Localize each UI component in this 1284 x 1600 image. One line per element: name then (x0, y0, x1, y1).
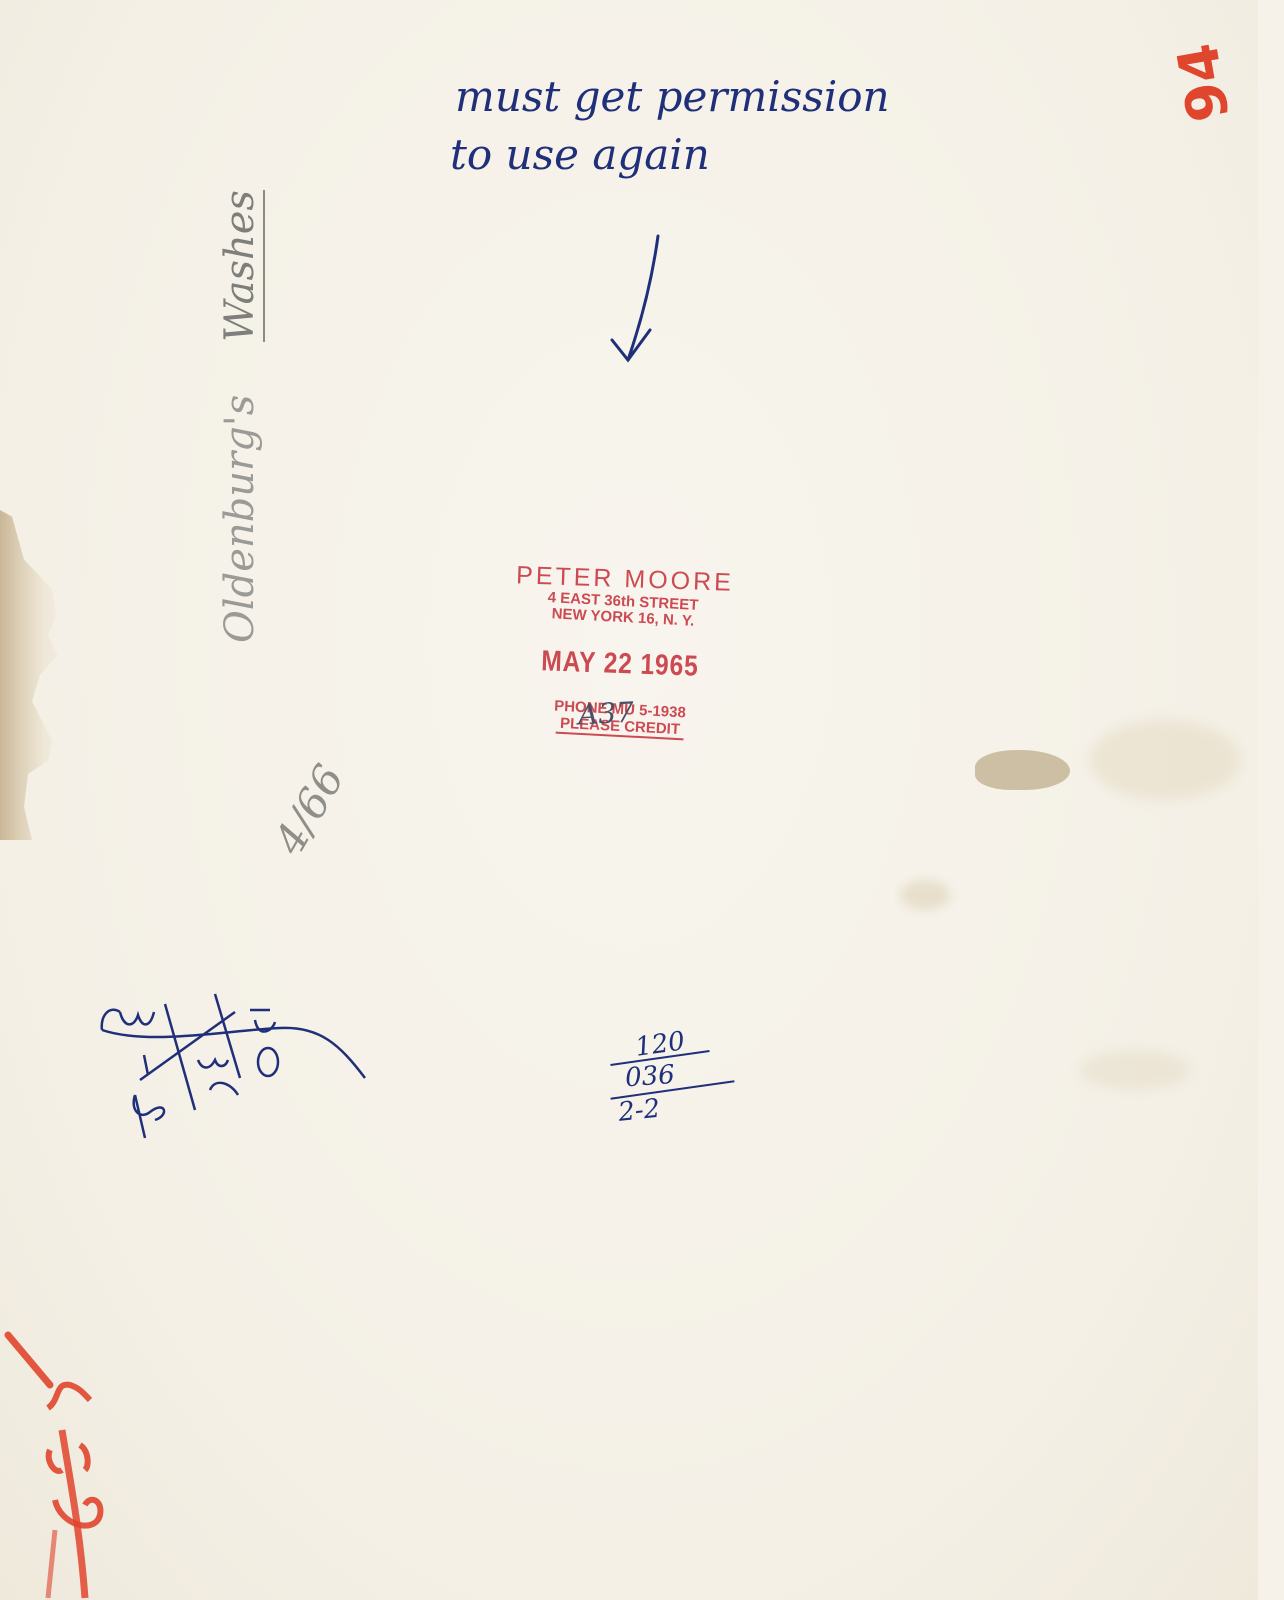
handwritten-calculation: 120 036 2-2 (610, 1025, 750, 1121)
permission-note-line1: must get permission (455, 68, 890, 126)
red-mark-text: $ (0, 1300, 1, 1301)
stamp-handwritten-number: A37 (577, 696, 635, 732)
pencil-title-part2: Washes (217, 190, 265, 342)
stain-faint-lower-right (1080, 1050, 1190, 1090)
stain-faint-right (1090, 720, 1240, 800)
stain-faint-middle (900, 880, 950, 910)
blue-scribble-text: cw / 1 / 40 / 30 / 0 (90, 960, 98, 961)
permission-note: must get permission to use again (455, 68, 890, 184)
pencil-title-part1: Oldenburg's (217, 395, 263, 643)
stamp-date: MAY 22 1965 (522, 645, 719, 685)
corner-number-red: 94 (1165, 38, 1243, 126)
pencil-title-vertical: Oldenburg's Washes (217, 83, 263, 643)
blue-scribble-diagram: cw / 1 / 40 / 30 / 0 (90, 960, 370, 1140)
red-crayon-mark-bottom-left: $ (0, 1300, 130, 1600)
permission-note-line2: to use again (450, 126, 890, 184)
stain-spot-right (975, 750, 1070, 790)
down-arrow-icon (600, 230, 680, 370)
